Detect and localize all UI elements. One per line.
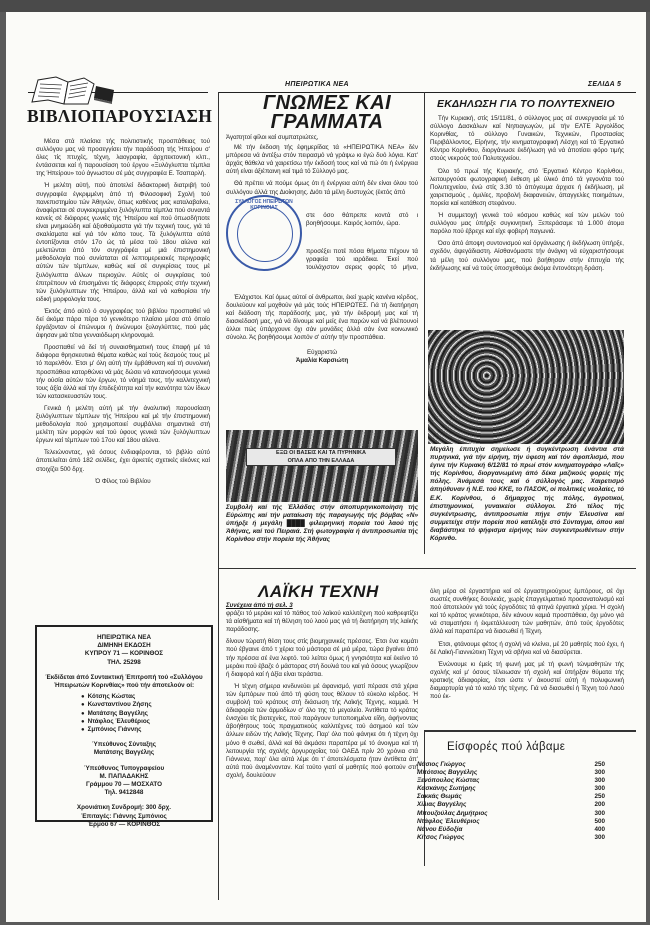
donation-amount: 400: [594, 826, 605, 834]
printer-phone: Τηλ. 9412848: [37, 789, 211, 797]
article-signature: Ό Φίλος τού Βιβλίου: [36, 478, 210, 486]
article-paragraph: Όσο άπό άποψη συντονισμού καί όργάνωσης …: [430, 240, 624, 272]
donations-rule: [424, 730, 636, 732]
article-paragraph: Ή συμμετοχή γενικά τού κόσμου καθώς καί …: [430, 212, 624, 236]
donation-amount: 300: [594, 785, 605, 793]
imprint-publisher-note: Έκδίδεται άπό Συντακτική Έπιτροπή τού «Σ…: [37, 674, 211, 690]
committee-list: Κότσης Κώστας Κωνσταντίνου Ζήσης Ματάτση…: [37, 693, 211, 734]
section-title-book-review: ΒΙΒΛΙΟΠΑΡΟΥΣΙΑΣΗ: [27, 106, 212, 127]
imprint-box: ΗΠΕΙΡΩΤΙΚΑ ΝΕΑ ΔΙΜΗΝΗ ΕΚΔΟΣΗ ΚΥΠΡΟΥ 71 —…: [35, 625, 213, 822]
article-paragraph: Θά πρέπει νά πούμε όμως ότι ή ένέργεια α…: [226, 180, 418, 196]
book-review-article: Μέσα στά πλαίσια τής πολιτιστικής προσπά…: [36, 138, 210, 490]
donation-row: Νάσιος Γιώργος250: [417, 761, 605, 769]
article-paragraph: Ένώνουμε κι έμείς τή φωνή μας μέ τή φωνή…: [430, 661, 624, 701]
article-paragraph: Μέ τήν έκδοση τής έφημερίδας τά «ΗΠΕΙΡΩΤ…: [226, 144, 418, 176]
letter-article-end: Έλάχιστοι. Καί όμως αύτοί οί άνθρωποι, έ…: [226, 294, 418, 369]
section-title-letters: ΓΝΩΜΕΣ ΚΑΙ ΓΡΑΜΜΑΤΑ: [262, 94, 392, 132]
banner-line: ΟΠΛΑ ΑΠΟ ΤΗΝ ΕΛΛΑΔΑ: [247, 457, 395, 465]
article-paragraph: Έτσι, φτάνουμε φέτος ή σχολή νά κλείνει,…: [430, 641, 624, 657]
article-paragraph: όλη μέρα σέ έργαστήρια καί σέ έργαστηριο…: [430, 588, 624, 637]
donation-amount: 300: [594, 834, 605, 842]
article-paragraph: στε όσο θάπρεπε κοντά στό ι βοηθήσουμε. …: [306, 212, 418, 228]
article-paragraph: Γενικά ή μελέτη αύτή μέ τήν άναλυτική πα…: [36, 405, 210, 445]
letter-article-top: Άγαπητοί φίλοι καί συμπατριώτες, Μέ τήν …: [226, 134, 418, 197]
donation-row: Νάνου Εύδοξία400: [417, 826, 605, 834]
column-divider-left: [218, 92, 219, 900]
donor-name: Μπότσιος Βαγγέλης: [417, 769, 477, 777]
donation-row: Μπουζούλας Δημήτριος300: [417, 810, 605, 818]
donor-name: Κίτσος Γιώργος: [417, 834, 464, 842]
donation-amount: 250: [594, 761, 605, 769]
photo-banner: ΕΞΩ ΟΙ ΒΑΣΕΙΣ ΚΑΙ ΤΑ ΠΥΡΗΝΙΚΑ ΟΠΛΑ ΑΠΟ Τ…: [246, 448, 396, 466]
payments-address: Έρμού 67 — ΚΟΡΙΝΘΟΣ: [37, 821, 211, 829]
article-paragraph: Τελειώνοντας, γιά όσους ένδιαφέρονται, τ…: [36, 449, 210, 473]
association-stamp: ΣΥΛΛΟΓΟΣ ΗΠΕΙΡΩΤΩΝ ΚΟΡΙΝΘΙΑΣ: [226, 195, 302, 271]
donations-list: Νάσιος Γιώργος250 Μπότσιος Βαγγέλης300 Ξ…: [417, 761, 605, 842]
article-paragraph: Ή μελέτη αύτή, πού άποτελεί διδακτορική …: [36, 182, 210, 303]
donor-name: Νάσιος Γιώργος: [417, 761, 466, 769]
article-paragraph: φράζει τό μεράκι καί τό πάθος τού λαϊκού…: [226, 610, 418, 634]
article-paragraph: Τήν Κυριακή, στίς 15/11/81, ό σύλλογος μ…: [430, 115, 624, 164]
donation-amount: 300: [594, 810, 605, 818]
letter-closing: Εύχαριστώ: [226, 349, 418, 357]
donor-name: Ντάφλος Έλευθέριος: [417, 818, 480, 826]
stamp-map-outline: [237, 206, 293, 262]
section-title-folk-art: ΛΑΪΚΗ ΤΕΧΝΗ: [258, 582, 379, 602]
donation-row: Χίλιας Βαγγέλης200: [417, 801, 605, 809]
donation-row: Κασκάνης Σωτήρης300: [417, 785, 605, 793]
column-divider-right-upper: [424, 92, 425, 554]
donation-amount: 500: [594, 818, 605, 826]
imprint-phone: ΤΗΛ. 25298: [37, 659, 211, 667]
folk-art-article: Συνέχεια άπό τή σελ. 3 φράζει τό μεράκι …: [226, 602, 418, 784]
donation-amount: 250: [594, 793, 605, 801]
donor-name: Νάνου Εύδοξία: [417, 826, 462, 834]
scanner-border: [0, 0, 650, 12]
continued-from-label: Συνέχεια άπό τή σελ. 3: [226, 602, 418, 610]
donation-row: Μπότσιος Βαγγέλης300: [417, 769, 605, 777]
section-title-polytechnic-event: ΕΚΔΗΛΩΣΗ ΓΙΑ ΤΟ ΠΟΛΥΤΕΧΝΕΙΟ: [437, 98, 615, 110]
march-photo-caption: Συμβολή καί τής Έλλάδας στήν άποπυρηνικο…: [226, 504, 418, 544]
folk-art-article-continued: όλη μέρα σέ έργαστήρια καί σέ έργαστηριο…: [430, 588, 624, 705]
article-paragraph: δίνουν τώρατή θέση τους στίς βιομηχανικέ…: [226, 638, 418, 678]
imprint-paper-name: ΗΠΕΙΡΩΤΙΚΑ ΝΕΑ: [37, 634, 211, 642]
banner-line: ΕΞΩ ΟΙ ΒΑΣΕΙΣ ΚΑΙ ΤΑ ΠΥΡΗΝΙΚΑ: [247, 449, 395, 457]
committee-member: Σμπόνιος Γιάννης: [81, 726, 211, 734]
letter-article-wrap: στε όσο θάπρεπε κοντά στό ι βοηθήσουμε. …: [306, 212, 418, 232]
donor-name: Ξενόπουλος Κώστας: [417, 777, 480, 785]
printer-label: Ύπεύθυνος Τυπογραφείου: [37, 765, 211, 773]
committee-member: Κωνσταντίνου Ζήσης: [81, 701, 211, 709]
stamp-text: ΣΥΛΛΟΓΟΣ ΗΠΕΙΡΩΤΩΝ ΚΟΡΙΝΘΙΑΣ: [228, 199, 300, 211]
donation-amount: 300: [594, 769, 605, 777]
donation-row: Ντάφλος Έλευθέριος500: [417, 818, 605, 826]
imprint-address: ΚΥΠΡΟΥ 71 — ΚΟΡΙΝΘΟΣ: [37, 650, 211, 658]
article-paragraph: Έλάχιστοι. Καί όμως αύτοί οί άνθρωποι, έ…: [226, 294, 418, 343]
article-paragraph: Ή τέχνη σήμερα κινδυνεύει μέ άφανισμό, γ…: [226, 683, 418, 780]
crowd-photo-caption: Μεγάλη έπιτυχία σημείωσε ή συγκέντρωση έ…: [430, 446, 624, 543]
page-number: ΣΕΛΙΔΑ 5: [588, 81, 621, 88]
subscription-price: Χρονιάτικη Συνδρομή: 300 δρχ.: [37, 804, 211, 812]
donor-name: Κασκάνης Σωτήρης: [417, 785, 476, 793]
article-paragraph: Έκτός άπό αύτό ό συγγραφέας τού βιβλίου …: [36, 308, 210, 340]
donations-title: Είσφορές πού λάβαμε: [447, 741, 565, 753]
article-paragraph: Μέσα στά πλαίσια τής πολιτιστικής προσπά…: [36, 138, 210, 178]
donation-row: Ξενόπουλος Κώστας300: [417, 777, 605, 785]
committee-member: Κότσης Κώστας: [81, 693, 211, 701]
committee-member: Ντάφλος Έλευθέριος: [81, 718, 211, 726]
article-paragraph: Όλο τό πρωί τής Κυριακής, στό Έργατικό Κ…: [430, 168, 624, 208]
polytechnic-article: Τήν Κυριακή, στίς 15/11/81, ό σύλλογος μ…: [430, 115, 624, 277]
title-line: ΓΡΑΜΜΑΤΑ: [262, 113, 392, 132]
donation-amount: 200: [594, 801, 605, 809]
crowd-photo: [428, 330, 624, 444]
committee-member: Ματάτσης Βαγγέλης: [81, 710, 211, 718]
imprint-frequency: ΔΙΜΗΝΗ ΕΚΔΟΣΗ: [37, 642, 211, 650]
donation-row: Κίτσος Γιώργος300: [417, 834, 605, 842]
letter-salutation: Άγαπητοί φίλοι καί συμπατριώτες,: [226, 134, 418, 142]
letter-author: Άμαλία Καρσιώτη: [226, 357, 418, 365]
section-divider: [218, 568, 636, 569]
running-header-title: ΗΠΕΙΡΩΤΙΚΑ ΝΕΑ: [285, 81, 349, 88]
editor-name: Ματάτσης Βαγγέλης: [37, 749, 211, 757]
donor-name: Μπουζούλας Δημήτριος: [417, 810, 488, 818]
payments-contact: Έπιταγές: Γιάννης Σμπόνιος: [37, 813, 211, 821]
printer-name: Μ. ΠΑΠΑΔΑΚΗΣ: [37, 773, 211, 781]
march-photo: ΕΞΩ ΟΙ ΒΑΣΕΙΣ ΚΑΙ ΤΑ ΠΥΡΗΝΙΚΑ ΟΠΛΑ ΑΠΟ Τ…: [226, 430, 418, 502]
open-book-icon: [28, 74, 118, 106]
article-paragraph: Προσπαθεί νά δεί τή συναισθηματική τους …: [36, 344, 210, 401]
donation-amount: 300: [594, 777, 605, 785]
donor-name: Χίλιας Βαγγέλης: [417, 801, 466, 809]
